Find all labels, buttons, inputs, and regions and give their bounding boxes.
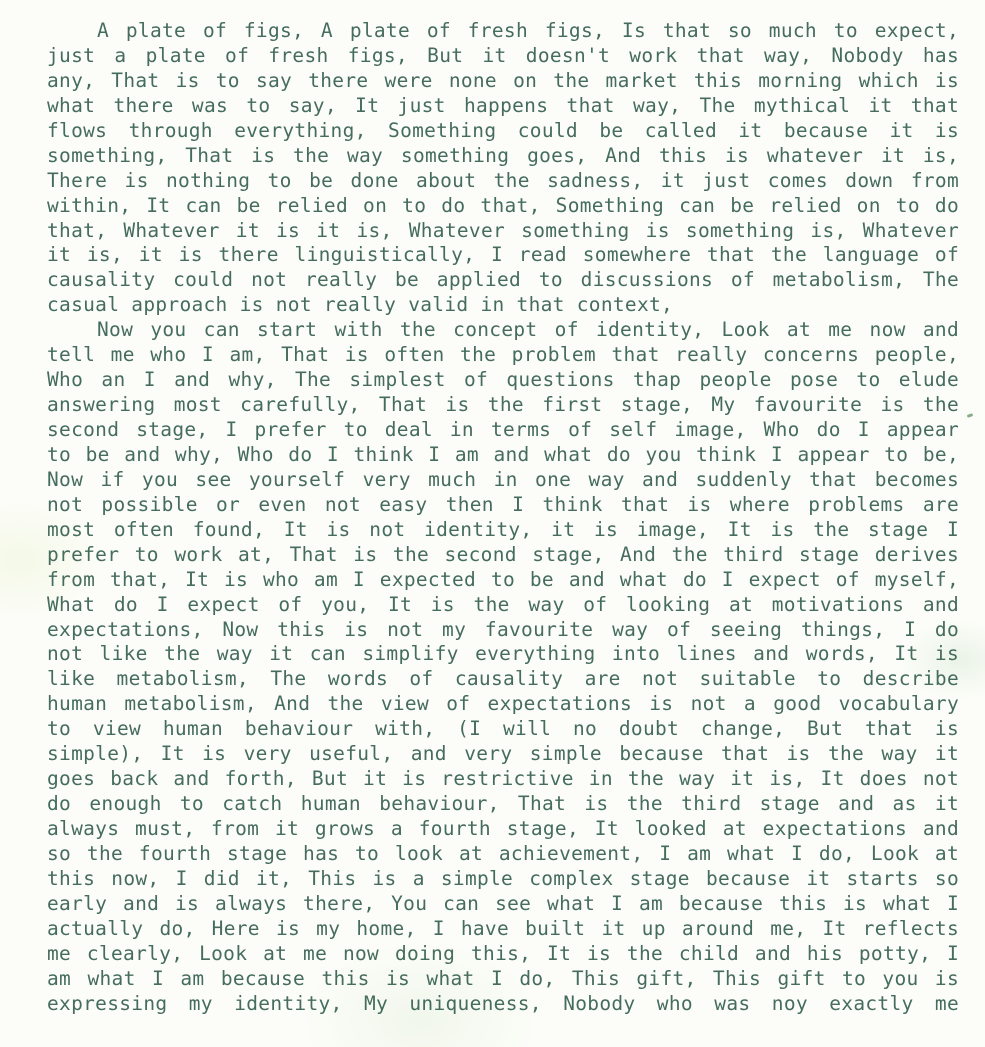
text-line: expressing my identity, My uniqueness, N… (47, 992, 959, 1017)
text-line: causality could not really be applied to… (47, 268, 959, 293)
text-line: that, Whatever it is it is, Whatever som… (47, 219, 959, 244)
text-line: within, It can be relied on to do that, … (47, 194, 959, 219)
text-line: not like the way it can simplify everyth… (47, 642, 959, 667)
ink-smudge-mark (967, 413, 974, 418)
text-line: Now if you see yourself very much in one… (47, 468, 959, 493)
text-line: expectations, Now this is not my favouri… (47, 618, 959, 643)
text-line: Who an I and why, The simplest of questi… (47, 368, 959, 393)
text-line: not possible or even not easy then I thi… (47, 493, 959, 518)
text-line: second stage, I prefer to deal in terms … (47, 418, 959, 443)
text-line: answering most carefully, That is the fi… (47, 393, 959, 418)
text-line: any, That is to say there were none on t… (47, 69, 959, 94)
text-line: always must, from it grows a fourth stag… (47, 817, 959, 842)
text-line: to be and why, Who do I think I am and w… (47, 443, 959, 468)
typed-page: A plate of figs, A plate of fresh figs, … (0, 0, 985, 1047)
paragraph-first-line: Now you can start with the concept of id… (47, 318, 959, 343)
text-line: just a plate of fresh figs, But it doesn… (47, 44, 959, 69)
text-line: me clearly, Look at me now doing this, I… (47, 942, 959, 967)
text-line: casual approach is not really valid in t… (47, 293, 959, 318)
text-line: There is nothing to be done about the sa… (47, 169, 959, 194)
text-line: something, That is the way something goe… (47, 144, 959, 169)
text-line: tell me who I am, That is often the prob… (47, 343, 959, 368)
text-line: simple), It is very useful, and very sim… (47, 742, 959, 767)
text-line: this now, I did it, This is a simple com… (47, 867, 959, 892)
text-line: goes back and forth, But it is restricti… (47, 767, 959, 792)
text-line: human metabolism, And the view of expect… (47, 692, 959, 717)
text-line: do enough to catch human behaviour, That… (47, 792, 959, 817)
text-line: am what I am because this is what I do, … (47, 967, 959, 992)
text-line: from that, It is who am I expected to be… (47, 568, 959, 593)
text-line: to view human behaviour with, (I will no… (47, 717, 959, 742)
text-line: actually do, Here is my home, I have bui… (47, 917, 959, 942)
text-line: most often found, It is not identity, it… (47, 518, 959, 543)
text-line: like metabolism, The words of causality … (47, 667, 959, 692)
text-line: flows through everything, Something coul… (47, 119, 959, 144)
text-line: What do I expect of you, It is the way o… (47, 593, 959, 618)
typewritten-text-body: A plate of figs, A plate of fresh figs, … (47, 19, 959, 1017)
text-line: it is, it is there linguistically, I rea… (47, 243, 959, 268)
paragraph-first-line: A plate of figs, A plate of fresh figs, … (47, 19, 959, 44)
text-line: what there was to say, It just happens t… (47, 94, 959, 119)
text-line: early and is always there, You can see w… (47, 892, 959, 917)
text-line: prefer to work at, That is the second st… (47, 543, 959, 568)
text-line: so the fourth stage has to look at achie… (47, 842, 959, 867)
